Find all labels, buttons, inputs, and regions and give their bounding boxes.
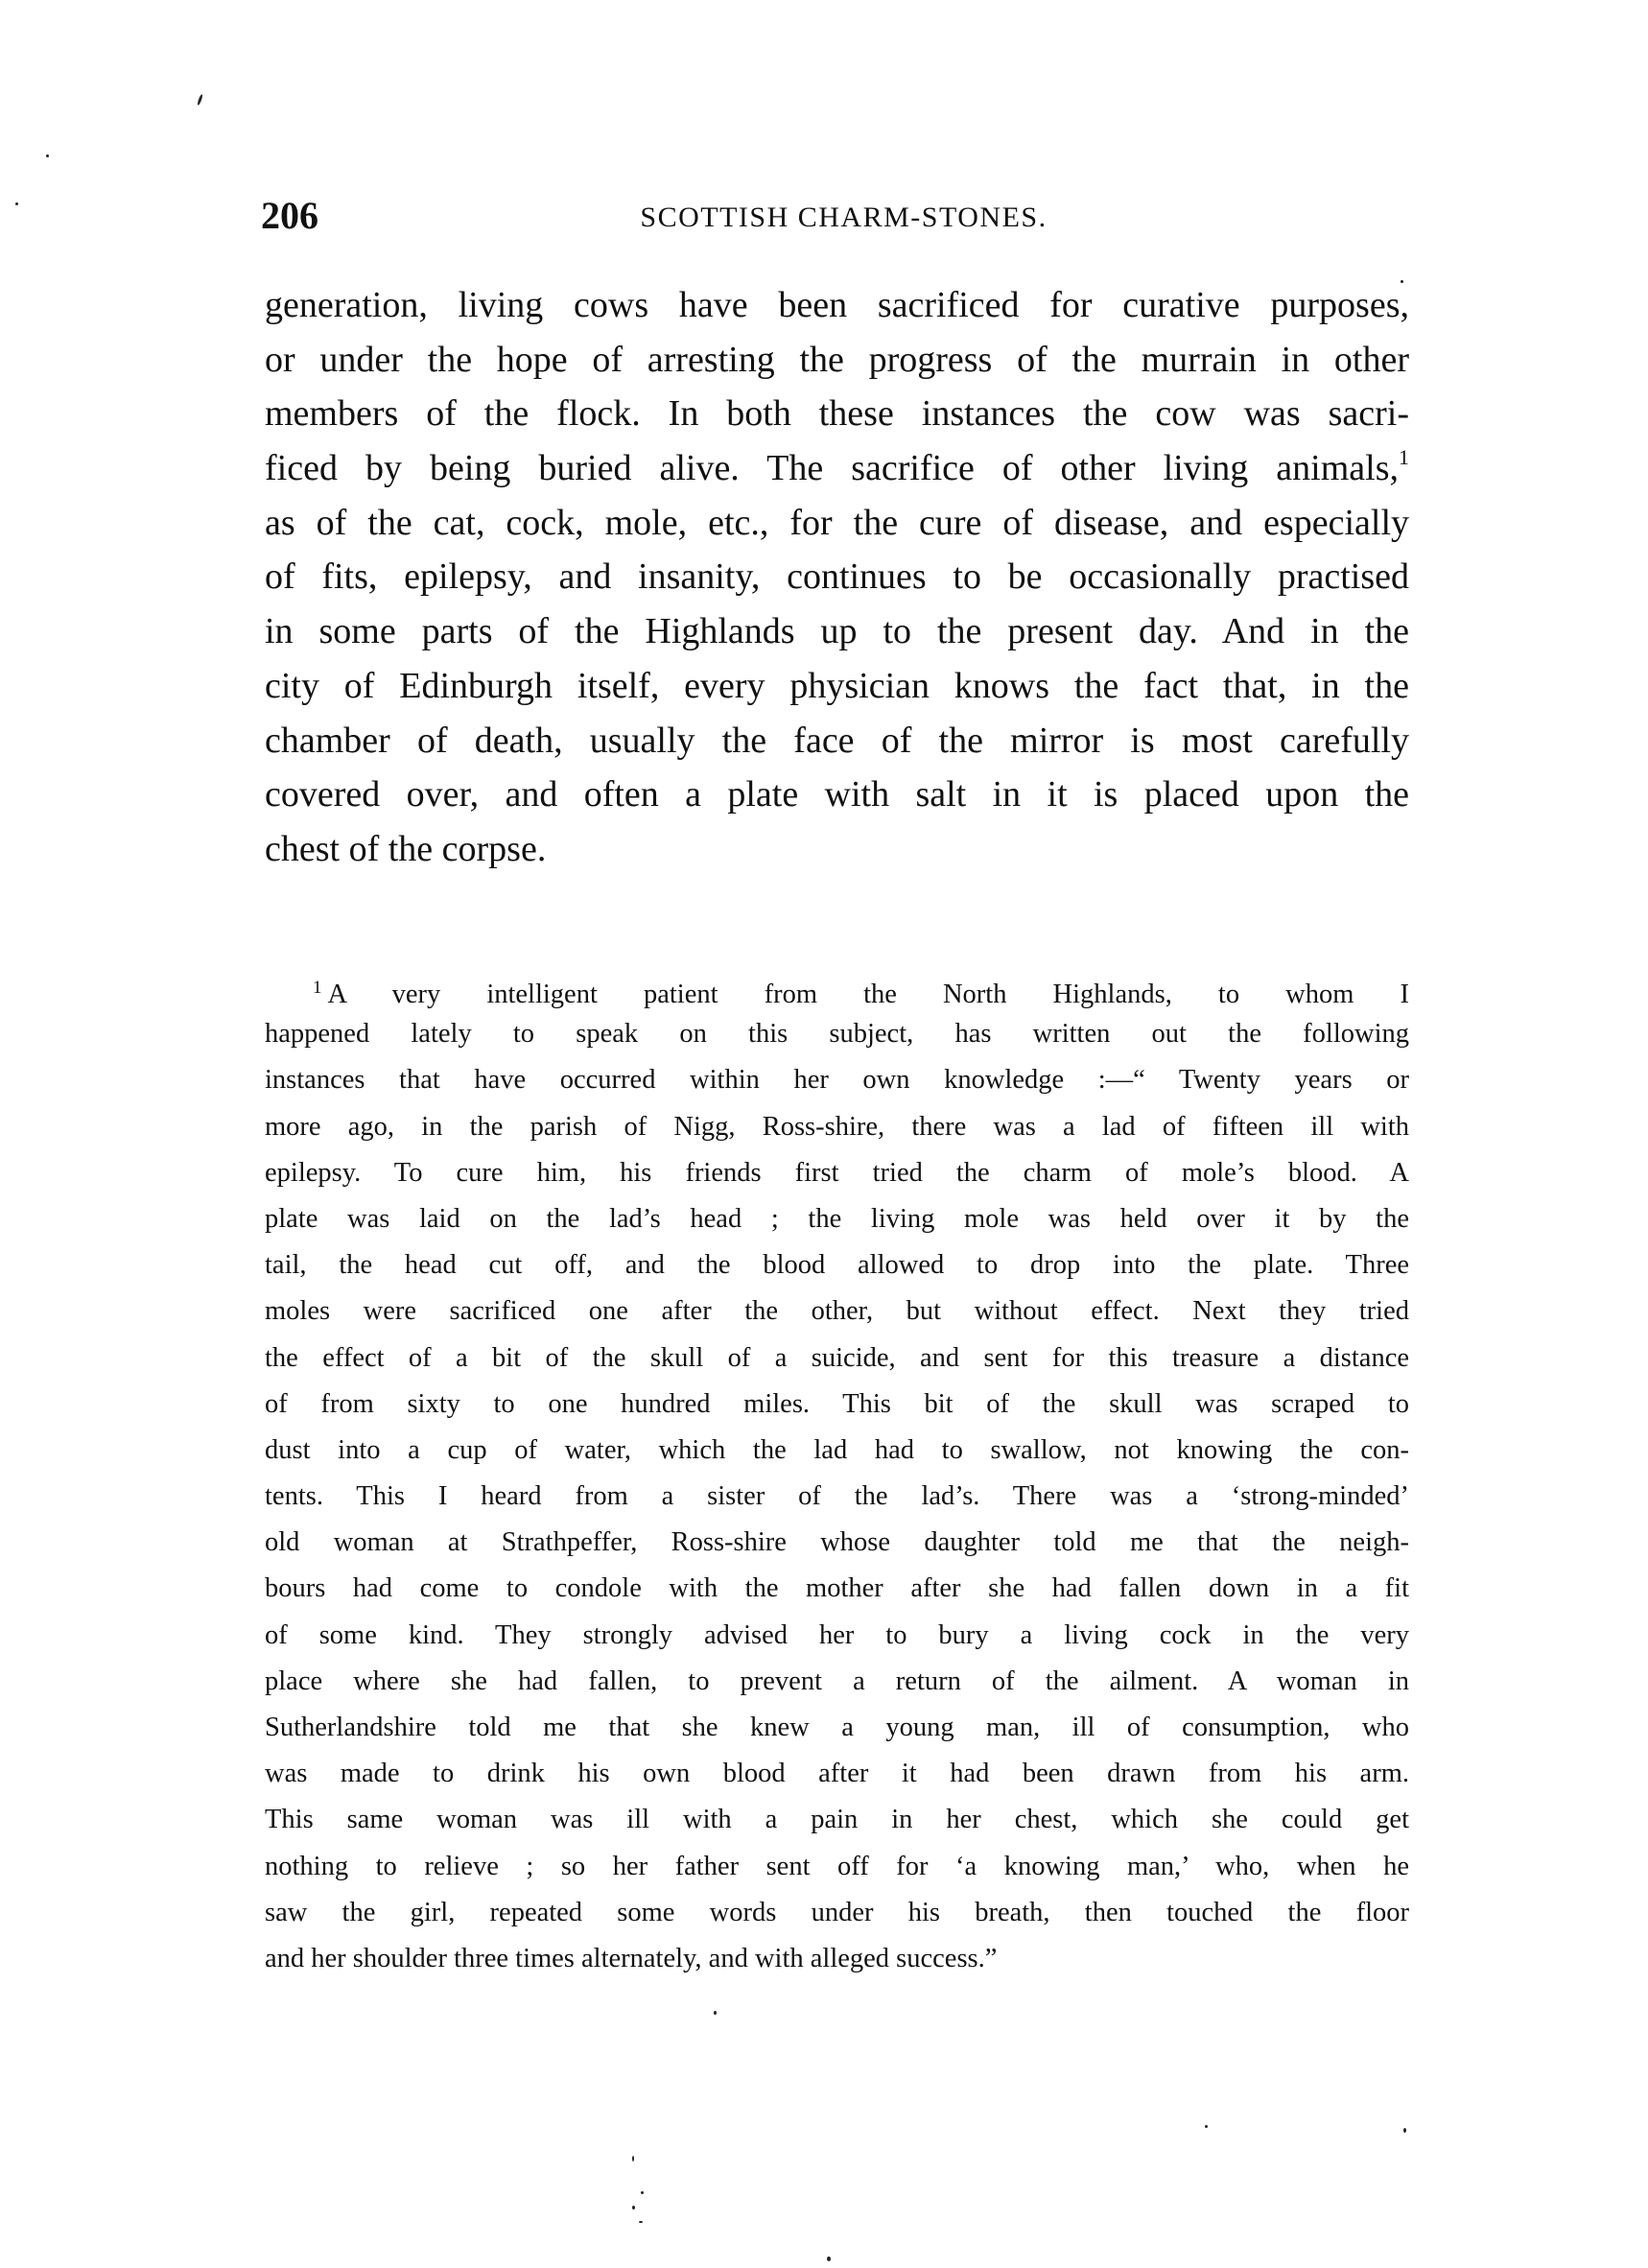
footnote-line: moles were sacrificed one after the othe… (265, 1288, 1409, 1335)
body-line: of fits, epilepsy, and insanity, continu… (265, 550, 1409, 604)
scan-speck (46, 154, 49, 157)
footnote-line: was made to drink his own blood after it… (265, 1751, 1409, 1797)
body-line: as of the cat, cock, mole, etc., for the… (265, 496, 1409, 551)
footnote-line: tail, the head cut off, and the blood al… (265, 1242, 1409, 1288)
running-title: SCOTTISH CHARM-STONES. (261, 196, 1407, 240)
footnote-line: the effect of a bit of the skull of a su… (265, 1335, 1409, 1382)
scan-speck (1205, 2125, 1208, 2128)
footnote-line: more ago, in the parish of Nigg, Ross-sh… (265, 1104, 1409, 1150)
body-line: in some parts of the Highlands up to the… (265, 604, 1409, 659)
scan-speck (15, 202, 18, 205)
footnote-line: of some kind. They strongly advised her … (265, 1613, 1409, 1659)
footnote-line: old woman at Strathpeffer, Ross-shire wh… (265, 1520, 1409, 1566)
scan-speck (639, 2221, 643, 2223)
book-page: 206 SCOTTISH CHARM-STONES. generation, l… (0, 0, 1648, 2268)
body-line-with-footnote-ref: ficed by being buried alive. The sacrifi… (265, 441, 1409, 496)
body-line: chest of the corpse. (265, 822, 1409, 877)
scan-speck (714, 2011, 717, 2015)
footnote-line: Sutherlandshire told me that she knew a … (265, 1705, 1409, 1751)
footnote-line: This same woman was ill with a pain in h… (265, 1797, 1409, 1843)
footnote-line: happened lately to speak on this subject… (265, 1011, 1409, 1057)
footnote-line: 1A very intelligent patient from the Nor… (265, 965, 1409, 1011)
footnote-line-text: A very intelligent patient from the Nort… (328, 980, 1410, 1009)
body-line: chamber of death, usually the face of th… (265, 714, 1409, 768)
footnote-line: bours had come to condole with the mothe… (265, 1566, 1409, 1612)
main-paragraph: generation, living cows have been sacrif… (265, 278, 1409, 877)
footnote-line: dust into a cup of water, which the lad … (265, 1428, 1409, 1474)
body-line: or under the hope of arresting the progr… (265, 333, 1409, 388)
scan-speck (1403, 2128, 1406, 2133)
scan-speck (827, 2256, 831, 2261)
body-line: generation, living cows have been sacrif… (265, 278, 1409, 333)
footnote-line: of from sixty to one hundred miles. This… (265, 1382, 1409, 1428)
body-line: members of the flock. In both these inst… (265, 387, 1409, 441)
footnote-line: nothing to relieve ; so her father sent … (265, 1844, 1409, 1890)
page-header: 206 SCOTTISH CHARM-STONES. (261, 192, 1407, 240)
scan-speck (632, 2156, 634, 2162)
footnote-line: plate was laid on the lad’s head ; the l… (265, 1196, 1409, 1242)
footnote-line: and her shoulder three times alternately… (265, 1936, 1409, 1982)
footnote: 1A very intelligent patient from the Nor… (265, 965, 1409, 1982)
scan-speck (197, 94, 203, 106)
footnote-line: tents. This I heard from a sister of the… (265, 1474, 1409, 1520)
footnote-line: saw the girl, repeated some words under … (265, 1890, 1409, 1936)
body-line: covered over, and often a plate with sal… (265, 768, 1409, 822)
footnote-reference: 1 (1399, 445, 1409, 469)
body-line-text: ficed by being buried alive. The sacrifi… (265, 448, 1399, 488)
scan-speck (632, 2206, 635, 2209)
scan-speck (1401, 280, 1403, 283)
body-line: city of Edinburgh itself, every physicia… (265, 659, 1409, 714)
footnote-line: place where she had fallen, to prevent a… (265, 1659, 1409, 1705)
scan-speck (641, 2191, 644, 2194)
footnote-marker: 1 (313, 978, 322, 998)
footnote-line: instances that have occurred within her … (265, 1057, 1409, 1103)
footnote-line: epilepsy. To cure him, his friends first… (265, 1150, 1409, 1196)
